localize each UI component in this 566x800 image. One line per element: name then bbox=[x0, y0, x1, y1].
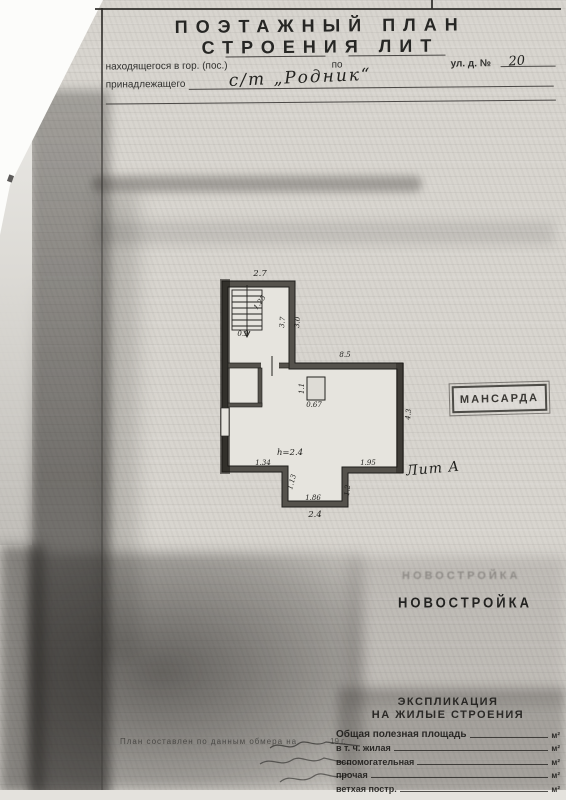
explication-title1: ЭКСПЛИКАЦИЯ bbox=[336, 696, 560, 709]
blank-line bbox=[394, 750, 549, 751]
door-opening bbox=[261, 362, 279, 369]
dim-wing-depth: 4.3 bbox=[404, 408, 413, 421]
unit-label: м² bbox=[551, 744, 560, 753]
blank-line bbox=[501, 66, 556, 67]
page-edge bbox=[0, 0, 32, 545]
dim-stove-width: 0.67 bbox=[306, 401, 322, 409]
novostroyka-ghost-stamp: НОВОСТРОЙКА bbox=[402, 570, 520, 582]
scan-artifact bbox=[100, 190, 138, 660]
dim-bottom-right: 1.95 bbox=[360, 459, 376, 467]
dim-stove-depth: 1.1 bbox=[298, 383, 306, 394]
house-number-handwritten: 20 bbox=[508, 53, 526, 69]
stove bbox=[307, 377, 325, 400]
dim-bottom-left: 1.34 bbox=[255, 459, 271, 467]
signature-scribbles bbox=[240, 738, 400, 793]
unit-label: м² bbox=[551, 771, 560, 780]
closet-wall bbox=[228, 403, 262, 407]
right-wall-shading bbox=[396, 363, 404, 473]
dim-stair-width: 0.9 bbox=[237, 330, 249, 338]
street-label: ул. д. № bbox=[451, 58, 491, 69]
blank-line bbox=[106, 100, 556, 105]
dim-wing-width: 8.5 bbox=[339, 351, 351, 359]
unit-label: м² bbox=[551, 758, 560, 767]
floor-plan: 2.7 1.25 0.9 3.7 3.0 8.5 4.3 1.1 0.67 h=… bbox=[195, 258, 425, 533]
form-header: ПОЭТАЖНЫЙ ПЛАН СТРОЕНИЯ ЛИТ находящегося… bbox=[0, 0, 566, 2]
owner-label: принадлежащего bbox=[106, 79, 186, 91]
left-wall-shading bbox=[220, 279, 230, 474]
novostroyka-stamp: НОВОСТРОЙКА bbox=[398, 594, 532, 611]
dim-upper-depth-inner: 3.7 bbox=[278, 316, 287, 328]
dim-ceiling-height: h=2.4 bbox=[277, 448, 303, 458]
located-label: находящегося в гор. (пос.) bbox=[106, 60, 228, 72]
left-border-line bbox=[101, 8, 103, 790]
blank-line bbox=[417, 764, 548, 765]
explication-title2: НА ЖИЛЫЕ СТРОЕНИЯ bbox=[336, 709, 560, 722]
border-stub-line bbox=[431, 0, 433, 9]
top-border-line bbox=[95, 8, 561, 10]
blank-line bbox=[470, 737, 549, 738]
scan-artifact bbox=[0, 545, 44, 793]
dim-porch-depth-right: 1.2 bbox=[343, 484, 352, 496]
window-gap bbox=[221, 408, 229, 436]
mansarda-stamp: МАНСАРДА bbox=[452, 384, 548, 413]
lit-a-handwritten: Лит А bbox=[405, 459, 460, 480]
unit-label: м² bbox=[551, 785, 560, 794]
partition-wall bbox=[228, 363, 289, 368]
dim-top-width: 2.7 bbox=[252, 269, 267, 279]
scan-artifact bbox=[92, 176, 422, 192]
ink-speck bbox=[7, 174, 14, 182]
scan-artifact bbox=[95, 222, 555, 244]
scanned-floor-plan-page: ПОЭТАЖНЫЙ ПЛАН СТРОЕНИЯ ЛИТ находящегося… bbox=[0, 0, 566, 800]
dim-porch-inner-width: 1.86 bbox=[305, 494, 321, 502]
dim-porch-outer-width: 2.4 bbox=[307, 510, 322, 520]
unit-label: м² bbox=[551, 731, 560, 740]
scan-artifact-left-band bbox=[30, 90, 110, 800]
blank-line bbox=[400, 791, 549, 792]
dim-upper-depth-outer: 3.0 bbox=[293, 316, 302, 328]
closet-wall bbox=[258, 368, 262, 406]
